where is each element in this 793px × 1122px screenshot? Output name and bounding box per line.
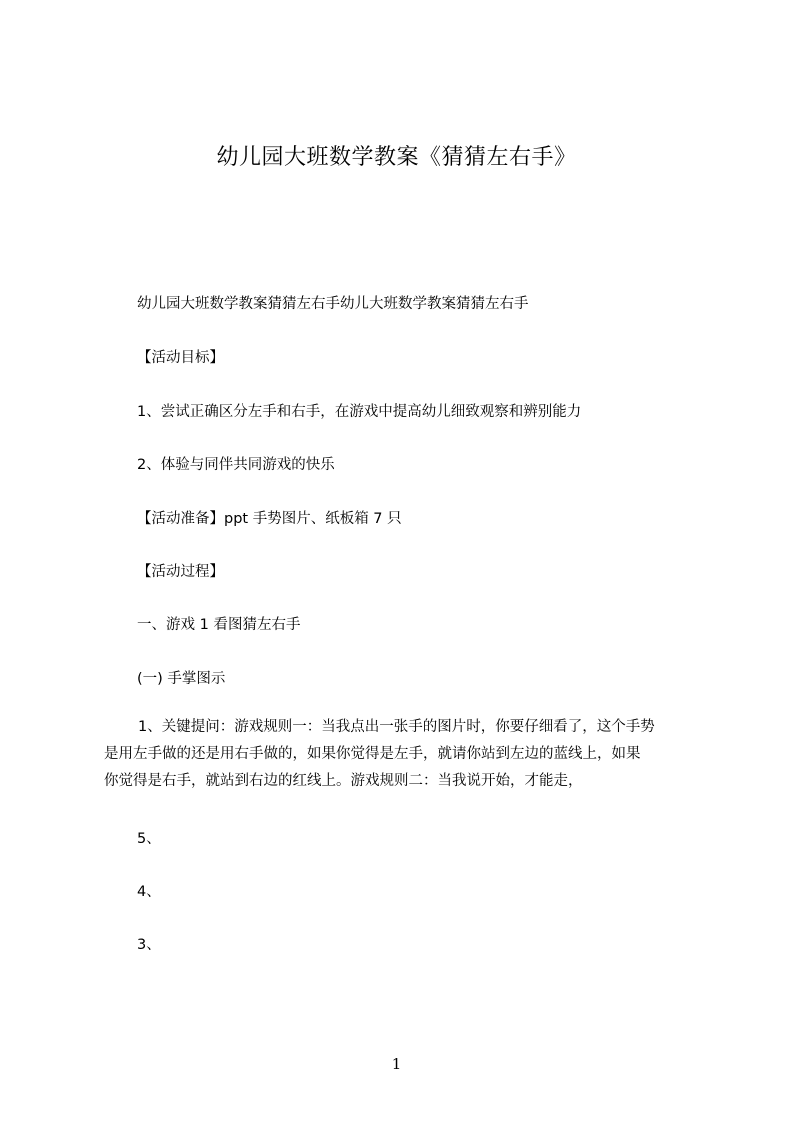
rules-paragraph: 1、关键提问：游戏规则一：当我点出一张手的图片时，你要仔细看了，这个手势 是用左… (104, 714, 724, 795)
rules-line-3: 你觉得是右手，就站到右边的红线上。游戏规则二：当我说开始，才能走， (104, 768, 724, 795)
goal-item-1: 1、尝试正确区分左手和右手，在游戏中提高幼儿细致观察和辨别能力 (137, 400, 581, 421)
section-heading-process: 【活动过程】 (137, 560, 224, 581)
rules-line-1: 1、关键提问：游戏规则一：当我点出一张手的图片时，你要仔细看了，这个手势 (104, 714, 724, 741)
palm-diagram-subheading: (一) 手掌图示 (137, 667, 225, 688)
document-title: 幼儿园大班数学教案《猜猜左右手》 (0, 140, 793, 171)
intro-paragraph: 幼儿园大班数学教案猜猜左右手幼儿大班数学教案猜猜左右手 (137, 292, 529, 313)
countdown-item-5: 5、 (137, 827, 161, 848)
countdown-item-4: 4、 (137, 880, 161, 901)
goal-item-2: 2、体验与同伴共同游戏的快乐 (137, 453, 335, 474)
preparation-paragraph: 【活动准备】ppt 手势图片、纸板箱 7 只 (137, 507, 402, 528)
section-heading-goals: 【活动目标】 (137, 346, 224, 367)
countdown-item-3: 3、 (137, 933, 161, 954)
rules-line-2: 是用左手做的还是用右手做的，如果你觉得是左手，就请你站到左边的蓝线上，如果 (104, 741, 724, 768)
game-1-heading: 一、游戏 1 看图猜左右手 (137, 613, 300, 634)
page-number: 1 (0, 1055, 793, 1073)
